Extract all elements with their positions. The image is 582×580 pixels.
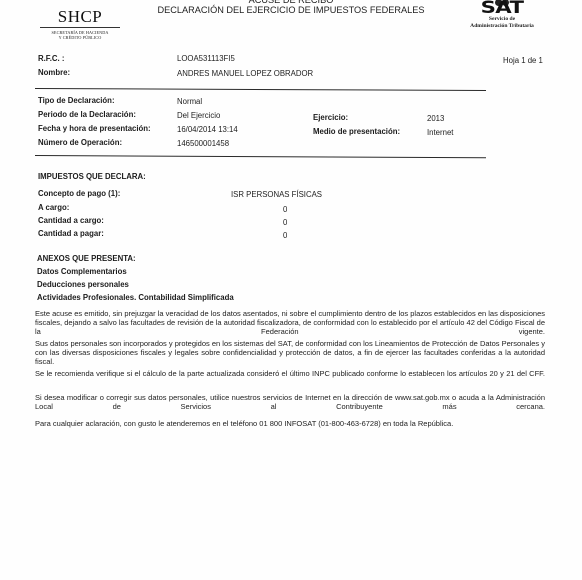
cantidad-a-cargo-label: Cantidad a cargo:: [38, 216, 104, 225]
sat-logo-acronym: SAT: [440, 0, 565, 16]
anexo-item: Actividades Profesionales. Contabilidad …: [37, 293, 234, 302]
fecha-value: 16/04/2014 13:14: [177, 125, 238, 134]
ejercicio-value: 2013: [427, 114, 444, 123]
fecha-label: Fecha y hora de presentación:: [38, 124, 151, 133]
ejercicio-label: Ejercicio:: [313, 113, 348, 122]
shcp-logo: SHCP SECRETARÍA DE HACIENDA Y CRÉDITO PÚ…: [40, 8, 120, 40]
medio-label: Medio de presentación:: [313, 127, 400, 136]
note-paragraph: Se le recomienda verifique si el cálculo…: [35, 370, 545, 388]
divider-1: [35, 88, 486, 91]
operacion-label: Número de Operación:: [38, 138, 122, 147]
tipo-declaracion-label: Tipo de Declaración:: [38, 96, 115, 105]
operacion-value: 146500001458: [177, 139, 229, 148]
periodo-label: Periodo de la Declaración:: [38, 110, 136, 119]
sat-logo-subtitle-2: Administración Tributaria: [452, 23, 552, 30]
concepto-value: ISR PERSONAS FÍSICAS: [231, 190, 322, 199]
cantidad-a-pagar-label: Cantidad a pagar:: [38, 229, 104, 238]
divider-2: [35, 155, 486, 158]
name-label: Nombre:: [38, 68, 70, 77]
page-indicator: Hoja 1 de 1: [503, 56, 543, 65]
a-cargo-value: 0: [283, 205, 287, 214]
anexo-item: Deducciones personales: [37, 280, 129, 289]
anexos-heading: ANEXOS QUE PRESENTA:: [37, 254, 136, 263]
impuestos-heading: IMPUESTOS QUE DECLARA:: [38, 172, 146, 181]
shcp-logo-rule: [40, 27, 120, 28]
a-cargo-label: A cargo:: [38, 203, 69, 212]
shcp-logo-subtitle-2: Y CRÉDITO PÚBLICO: [40, 35, 120, 40]
tipo-declaracion-value: Normal: [177, 97, 202, 106]
anexo-item: Datos Complementarios: [37, 267, 127, 276]
cantidad-a-cargo-value: 0: [283, 218, 287, 227]
rfc-value: LOOA531113FI5: [177, 54, 235, 63]
name-value: ANDRES MANUEL LOPEZ OBRADOR: [177, 69, 313, 78]
concepto-label: Concepto de pago (1):: [38, 189, 120, 198]
cantidad-a-pagar-value: 0: [283, 231, 287, 240]
medio-value: Internet: [427, 128, 453, 137]
shcp-logo-acronym: SHCP: [40, 8, 120, 26]
sat-logo: SAT Servicio de Administración Tributari…: [452, 0, 552, 29]
rfc-label: R.F.C. :: [38, 54, 64, 63]
note-paragraph: Para cualquier aclaración, con gusto le …: [35, 420, 545, 438]
periodo-value: Del Ejercicio: [177, 111, 220, 120]
note-paragraph: Si desea modificar o corregir sus datos …: [35, 394, 545, 420]
